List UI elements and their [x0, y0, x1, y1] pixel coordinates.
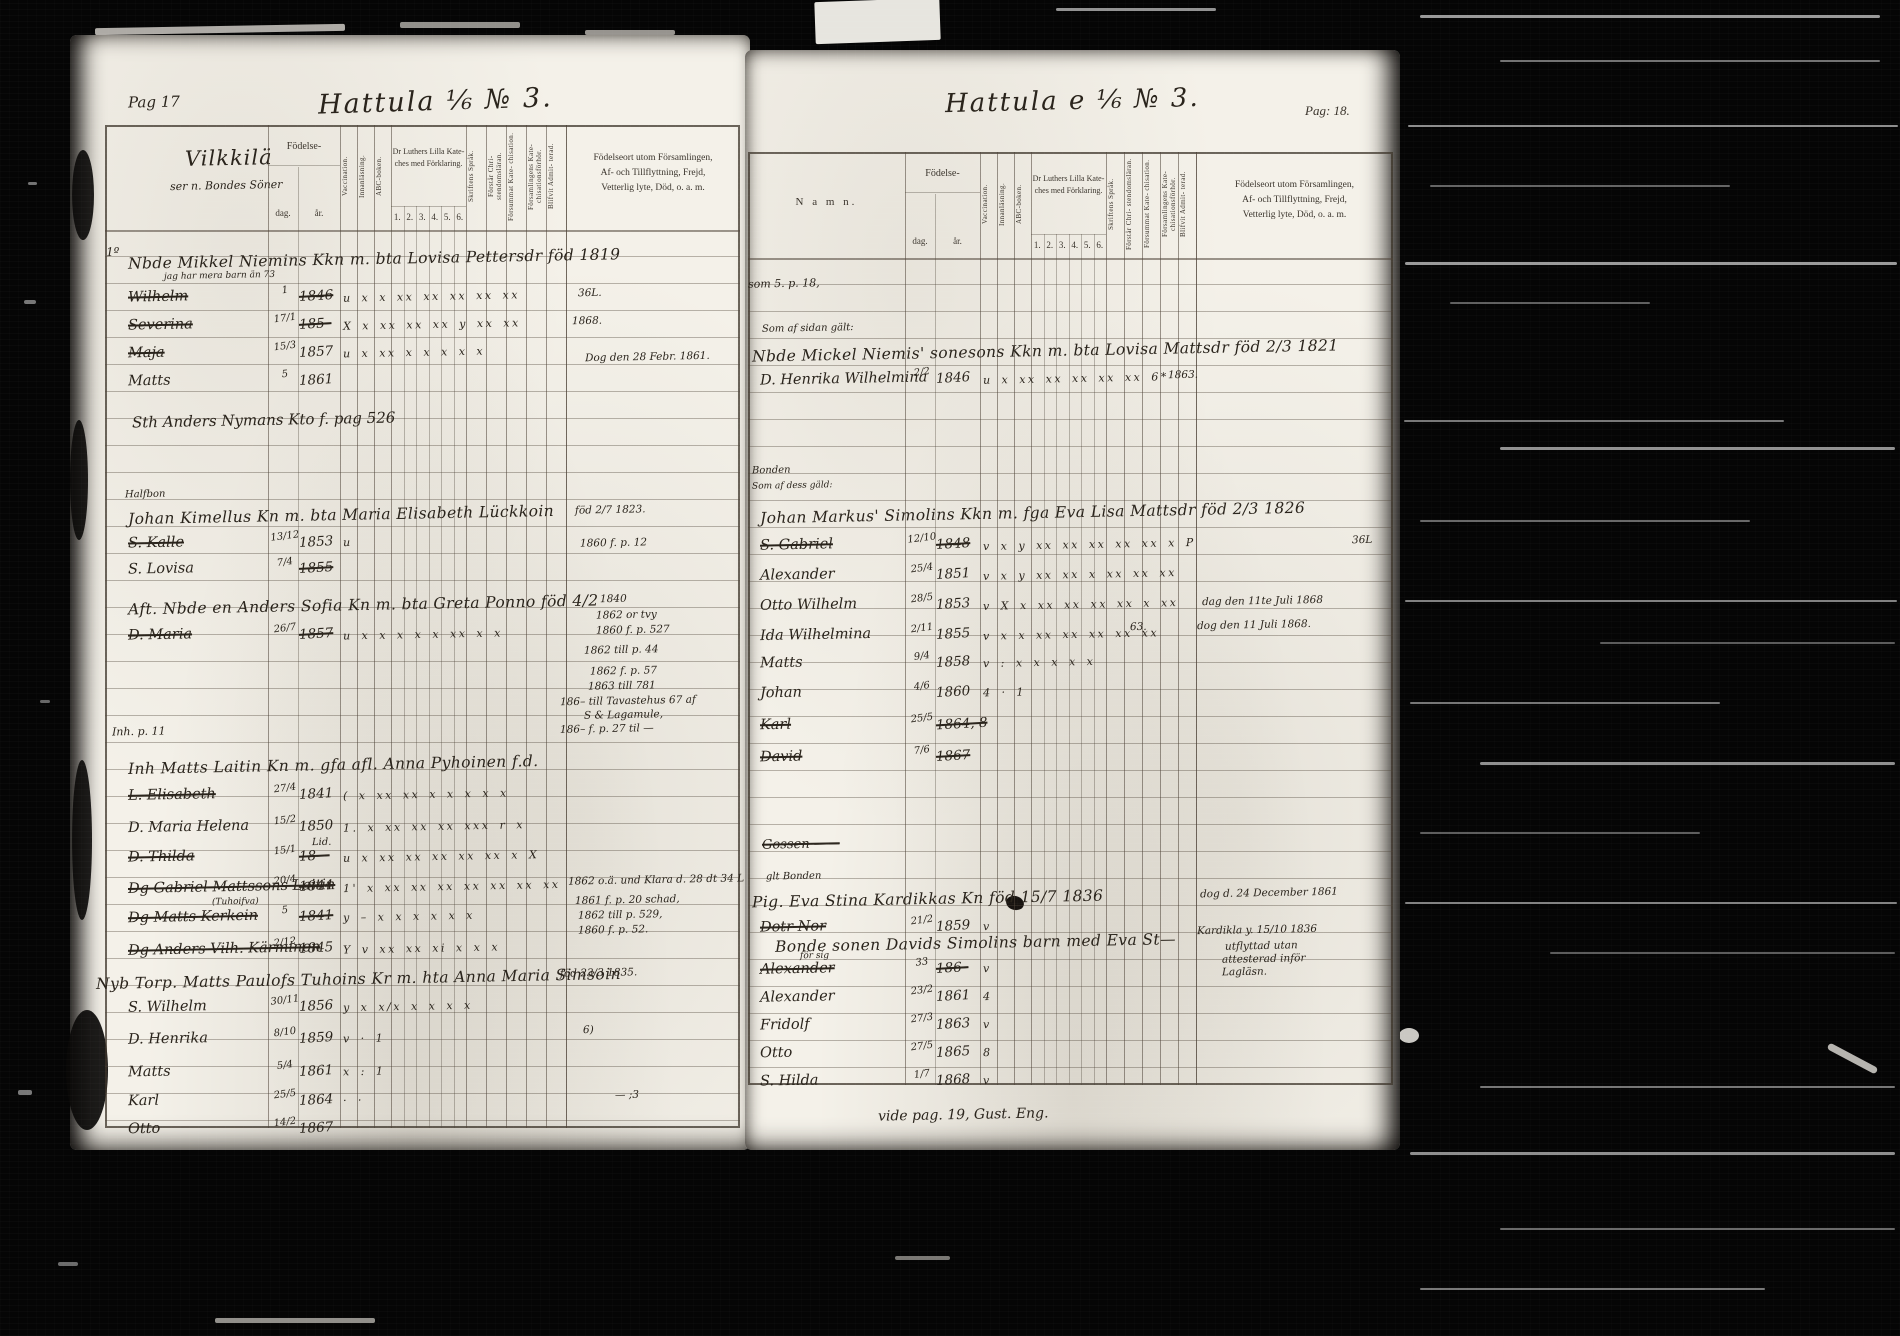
- entry-member-name: S. Hilda: [760, 1073, 819, 1089]
- entry-catechism-marks: u: [343, 537, 353, 548]
- scan-scratch: [1408, 125, 1898, 127]
- entry-member-name: D. Henrika: [128, 1031, 208, 1047]
- entry-remark: utflyttad utan: [1225, 940, 1298, 952]
- entry-catechism-marks: v · 1: [343, 1033, 385, 1045]
- entry-member-name: Otto: [128, 1122, 161, 1137]
- entry-remark: 1863.: [1168, 370, 1198, 381]
- entry-remark: 1863 till 781: [588, 680, 656, 692]
- entry-remark: — ;3: [615, 1090, 639, 1101]
- grid-vline: [1178, 152, 1179, 1085]
- entry-catechism-marks: Y v xx xx xi x x x: [343, 941, 500, 955]
- entry-catechism-marks: v X x xx xx xx xx x xx: [983, 597, 1179, 612]
- entry-birth-year: 1844: [299, 879, 334, 894]
- katekes-header-line1: Dr Luthers Lilla Kate-: [383, 147, 474, 156]
- entry-catechism-marks: u x xx xx xx xx xx x X: [343, 849, 540, 864]
- entry-remark: 1862 or tvy: [596, 609, 657, 621]
- scan-scratch: [400, 22, 520, 28]
- entry-birth-year: 1867: [299, 1121, 334, 1136]
- entry-catechism-marks: · ·: [343, 1095, 364, 1106]
- entry-remark: 63.: [1130, 622, 1147, 633]
- vertical-column-header: Innanläsning.: [998, 158, 1013, 250]
- entry-note: Gossen ——: [762, 837, 840, 851]
- remarks-column-header: Födelseort utom Församlingen,: [566, 153, 740, 164]
- vertical-column-header: Skriftens Språk.: [467, 131, 485, 222]
- entry-member-name: Matts: [760, 656, 803, 671]
- vertical-column-header: ABC-boken.: [375, 131, 390, 222]
- entry-birth-year: 186–: [936, 961, 969, 976]
- entry-birth-year: 185–: [299, 317, 332, 332]
- grid-hline: [1031, 234, 1106, 235]
- vertical-column-header: Försummat Kate- chisation.: [507, 131, 525, 222]
- entry-catechism-marks: 8: [983, 1047, 993, 1058]
- entry-catechism-marks: v: [983, 1075, 992, 1086]
- vertical-column-header: Innanläsning.: [358, 131, 373, 222]
- grid-vline: [441, 206, 442, 1128]
- scan-scratch: [1410, 1152, 1895, 1155]
- vertical-column-header: Försummat Kate- chisation.: [1143, 158, 1159, 250]
- entry-member-name: Alexander: [760, 961, 835, 977]
- katekes-number-header: 1.: [1031, 240, 1044, 250]
- entry-catechism-marks: u x xx xx xx xx xx 6*: [983, 371, 1169, 386]
- entry-birth-year: 1857: [299, 627, 334, 642]
- entry-birth-year: 1851: [936, 567, 971, 582]
- scan-speck: [24, 300, 36, 304]
- entry-catechism-marks: v : x x x x x: [983, 656, 1096, 669]
- scan-scratch: [1500, 447, 1895, 450]
- scan-scratch: [1420, 15, 1880, 18]
- remarks-column-header: Vetterlig lyte, Död, o. a. m.: [566, 183, 740, 194]
- grid-hline: [391, 206, 466, 207]
- entry-birth-year: 1865: [936, 1045, 971, 1060]
- scan-scratch: [1480, 762, 1895, 765]
- birth-day-header: dag.: [268, 208, 298, 218]
- katekes-number-header: 6.: [1094, 240, 1107, 250]
- entry-remark: 1861 f. p. 20 schad,: [575, 894, 680, 907]
- entry-member-name: S. Gabriel: [760, 537, 833, 553]
- entry-birth-year: 1860: [936, 685, 971, 700]
- katekes-number-header: 4.: [1069, 240, 1082, 250]
- katekes-number-header: 2.: [404, 212, 417, 222]
- entry-remark: dog d. 24 December 1861: [1200, 887, 1338, 900]
- entry-member-name: Matts: [128, 374, 171, 389]
- scan-speck: [1399, 1028, 1419, 1043]
- entry-member-name: Otto Wilhelm: [760, 597, 857, 613]
- scan-scratch: [95, 24, 345, 35]
- entry-catechism-marks: X x xx xx xx y xx xx: [343, 317, 521, 331]
- entry-note: Halfbon: [125, 490, 166, 501]
- entry-note: Bonden: [752, 466, 791, 477]
- grid-vline: [416, 206, 417, 1128]
- entry-member-name: Alexander: [760, 989, 835, 1005]
- entry-member-name: D. Thilda: [128, 849, 195, 865]
- entry-note: Som af sidan gält:: [762, 323, 854, 335]
- entry-birth-year: 1858: [936, 655, 971, 670]
- katekes-number-header: 3.: [1056, 240, 1069, 250]
- entry-member-name: Matts: [128, 1065, 171, 1080]
- entry-remark: föd 2/7 1823.: [575, 504, 646, 516]
- entry-member-name: D. Henrika Wilhelmina: [760, 370, 928, 388]
- grid-hline: [905, 192, 980, 193]
- entry-remark: S & Lagamule,: [584, 709, 663, 721]
- entry-remark: 36L: [1352, 535, 1373, 546]
- entry-birth-year: 1859: [299, 1031, 334, 1046]
- entry-member-name: D. Maria: [128, 627, 192, 643]
- entry-note: glt Bonden: [766, 871, 822, 882]
- entry-birth-year: 1861: [936, 989, 971, 1004]
- entry-catechism-marks: v: [983, 921, 992, 932]
- entry-member-name: Karl: [128, 1094, 159, 1109]
- scan-scratch: [1827, 1042, 1879, 1074]
- entry-note: vide pag. 19, Gust. Eng.: [878, 1106, 1049, 1123]
- entry-catechism-marks: ( x xx xx x x x x x: [343, 787, 509, 801]
- entry-remark: 1862 f. p. 57: [590, 665, 657, 677]
- grid-vline: [404, 206, 405, 1128]
- entry-birth-year: 1853: [936, 597, 971, 612]
- entry-member-name: Alexander: [760, 567, 835, 583]
- vertical-column-header: Blifvit Admit- terad.: [1179, 158, 1195, 250]
- entry-note: (Tuhoifva): [212, 898, 259, 908]
- entry-birth-year: 1863: [936, 1017, 971, 1032]
- katekes-number-header: 2.: [1044, 240, 1057, 250]
- katekes-number-header: 5.: [441, 212, 454, 222]
- birth-day-header: dag.: [905, 236, 935, 246]
- entry-member-name: Johan: [760, 686, 802, 701]
- entry-birth-year: 1857: [299, 345, 334, 360]
- entry-remark: dog den 11 Juli 1868.: [1197, 619, 1311, 632]
- scan-scratch: [1420, 520, 1750, 522]
- entry-remark: 6): [583, 1025, 594, 1036]
- entry-member-name: Wilhelm: [128, 289, 189, 305]
- scan-scratch: [1500, 1228, 1895, 1230]
- entry-catechism-marks: v x y xx xx x xx xx xx: [983, 567, 1177, 582]
- entry-remark: 1862 till p. 529,: [578, 909, 663, 921]
- entry-catechism-marks: y – x x x x x x: [343, 910, 475, 924]
- entry-catechism-marks: 4 · 1: [983, 687, 1026, 699]
- vertical-column-header: ABC-boken.: [1015, 158, 1030, 250]
- entry-remark: 1862 till p. 44: [584, 644, 659, 656]
- entry-member-name: S. Wilhelm: [128, 999, 207, 1015]
- scan-scratch: [814, 0, 940, 44]
- entry-birth-year: 1864, 8: [936, 717, 988, 733]
- birth-year-header: år.: [935, 236, 980, 246]
- page-edge-tear: [66, 1010, 108, 1130]
- entry-birth-year: 1850: [299, 819, 334, 834]
- right-page-number: Pag: 18.: [1305, 104, 1350, 119]
- katekes-number-header: 1.: [391, 212, 404, 222]
- entry-catechism-marks: 1. x xx xx xx xxx r x: [343, 819, 525, 833]
- entry-remark: Lagläsn.: [1222, 967, 1267, 978]
- entry-birth-year: 1841: [299, 787, 334, 802]
- entry-remark: 1860 f. p. 52.: [578, 924, 649, 936]
- entry-catechism-marks: x : 1: [343, 1066, 386, 1078]
- scan-scratch: [1550, 952, 1895, 954]
- entry-birth-year: 1861: [299, 373, 334, 388]
- katekes-header-line1: Dr Luthers Lilla Kate-: [1023, 174, 1114, 183]
- entry-note: 1º: [106, 246, 120, 258]
- entry-remark: 36L.: [578, 288, 602, 299]
- entry-remark: 1868.: [572, 316, 602, 327]
- entry-birth-year: 1861: [299, 1064, 334, 1079]
- left-page-title: Hattula ⅙ № 3.: [318, 84, 553, 118]
- scan-speck: [28, 182, 37, 185]
- katekes-header-line2: ches med Förklaring.: [1023, 186, 1114, 195]
- birth-year-header: år.: [298, 208, 340, 218]
- birth-column-header: Födelse-: [905, 168, 980, 180]
- remarks-column-header: Af- och Tillflyttning, Frejd,: [1196, 195, 1393, 206]
- katekes-number-header: 3.: [416, 212, 429, 222]
- vertical-column-header: Vaccination.: [341, 131, 356, 222]
- katekes-number-header: 4.: [429, 212, 442, 222]
- scan-scratch: [1420, 832, 1700, 834]
- entry-catechism-marks: v: [983, 1019, 992, 1030]
- entry-birth-year: 1859: [936, 919, 971, 934]
- entry-member-name: L. Elisabeth: [128, 787, 216, 803]
- entry-member-name: D. Maria Helena: [128, 819, 249, 836]
- entry-note: Som af dess gäld:: [752, 481, 833, 492]
- entry-birth-year: 1853: [299, 535, 334, 550]
- entry-birth-year: 1867: [936, 749, 971, 764]
- entry-member-name: Ida Wilhelmina: [760, 627, 871, 644]
- entry-birth-year: 18––: [299, 849, 330, 864]
- entry-catechism-marks: u x x xx xx xx xx xx: [343, 289, 520, 303]
- grid-vline: [1196, 152, 1197, 1085]
- right-page-title: Hattula e ⅙ № 3.: [945, 85, 1200, 117]
- entry-birth-year: 1868: [936, 1073, 971, 1088]
- entry-catechism-marks: 4: [983, 991, 993, 1002]
- scan-speck: [40, 700, 50, 703]
- katekes-header-line2: ches med Förklaring.: [383, 159, 474, 168]
- page-edge-tear: [72, 150, 94, 240]
- entry-catechism-marks: u x xx x x x x x: [343, 346, 485, 360]
- page-edge-tear: [70, 420, 88, 540]
- scan-scratch: [1450, 302, 1650, 304]
- entry-catechism-marks: y x x/x x x x x: [343, 1000, 473, 1013]
- entry-birth-year: 1846: [936, 371, 971, 386]
- remarks-column-header: Af- och Tillflyttning, Frejd,: [566, 168, 740, 179]
- scan-speck: [18, 1090, 32, 1095]
- entry-remark: dag den 11te Juli 1868: [1202, 595, 1323, 608]
- katekes-number-header: 5.: [1081, 240, 1094, 250]
- entry-birth-year: 1848: [936, 537, 971, 552]
- entry-remark: Dog den 28 Febr. 1861.: [585, 351, 710, 364]
- entry-member-name: Severina: [128, 317, 193, 333]
- entry-birth-year: 1841: [299, 909, 334, 924]
- scan-scratch: [1500, 60, 1880, 62]
- entry-remark: 1860 f. p. 12: [580, 537, 647, 549]
- scan-scratch: [895, 1256, 950, 1260]
- grid-hline: [268, 165, 340, 166]
- page-edge-tear: [72, 760, 92, 920]
- vertical-column-header: Skriftens Språk.: [1107, 158, 1123, 250]
- vertical-column-header: Förstår Chri- stendomsläran.: [487, 131, 505, 222]
- scan-speck: [58, 1262, 78, 1266]
- entry-note: som 5. p. 18,: [748, 277, 820, 289]
- entry-birth-year: 1845: [299, 941, 334, 956]
- scan-scratch: [1420, 1288, 1765, 1290]
- entry-member-name: David: [760, 750, 803, 765]
- entry-member-name: S. Kalle: [128, 535, 184, 551]
- birth-column-header: Födelse-: [268, 141, 340, 153]
- entry-remark: föd 23/3 1835.: [560, 967, 637, 979]
- entry-remark: attesterad inför: [1222, 953, 1306, 965]
- scan-scratch: [1405, 600, 1897, 602]
- entry-remark: 1840: [600, 594, 627, 605]
- entry-member-name: Dotr Nor: [760, 919, 826, 935]
- scanned-register-spread: Pag 17 Hattula ⅙ № 3. Vilkkilä ser n. Bo…: [0, 0, 1900, 1336]
- scan-scratch: [215, 1318, 375, 1323]
- entry-member-name: Karl: [760, 718, 791, 733]
- entry-member-name: Fridolf: [760, 1018, 810, 1033]
- remarks-column-header: Födelseort utom Församlingen,: [1196, 180, 1393, 191]
- entry-birth-year: 1856: [299, 999, 334, 1014]
- entry-birth-year: 1846: [299, 289, 334, 304]
- scan-scratch: [1056, 8, 1216, 11]
- katekes-number-header: 6.: [454, 212, 467, 222]
- vertical-column-header: Vaccination.: [981, 158, 996, 250]
- vertical-column-header: Blifvit Admit- terad.: [547, 131, 565, 222]
- entry-catechism-marks: u x x x x x xx x x: [343, 627, 503, 641]
- scan-scratch: [1430, 185, 1730, 187]
- scan-scratch: [1410, 702, 1720, 704]
- entry-member-name: S. Lovisa: [128, 561, 194, 577]
- name-column-header: N a m n.: [748, 196, 905, 209]
- entry-member-name: Maja: [128, 346, 165, 361]
- entry-birth-year: 1855: [936, 627, 971, 642]
- scan-scratch: [1404, 420, 1784, 422]
- scan-scratch: [1600, 642, 1895, 644]
- scan-scratch: [1405, 262, 1897, 265]
- entry-remark: 186– f. p. 27 til —: [560, 723, 654, 735]
- remarks-column-header: Vetterlig lyte, Död, o. a. m.: [1196, 210, 1393, 221]
- entry-remark: Kardikla y. 15/10 1836: [1197, 924, 1317, 937]
- grid-vline: [429, 206, 430, 1128]
- entry-remark: 186– till Tavastehus 67 af: [560, 695, 696, 708]
- vertical-column-header: Förstår Chri- stendomsläran.: [1125, 158, 1141, 250]
- entry-catechism-marks: v: [983, 963, 992, 974]
- vertical-column-header: Församlingens Kate- chisationsförhör.: [527, 131, 545, 222]
- left-page-number: Pag 17: [128, 95, 180, 111]
- entry-note: Inh. p. 11: [112, 725, 166, 737]
- entry-member-name: Otto: [760, 1046, 793, 1061]
- entry-member-name: Dg Matts Kerkein: [128, 909, 258, 926]
- scan-scratch: [1405, 902, 1897, 904]
- entry-remark: 1860 f. p. 527: [596, 624, 670, 636]
- scan-scratch: [1480, 1086, 1895, 1088]
- entry-birth-year: 1864: [299, 1093, 334, 1108]
- entry-birth-year: 1855: [299, 561, 334, 576]
- vertical-column-header: Församlingens Kate- chisationsförhör.: [1161, 158, 1177, 250]
